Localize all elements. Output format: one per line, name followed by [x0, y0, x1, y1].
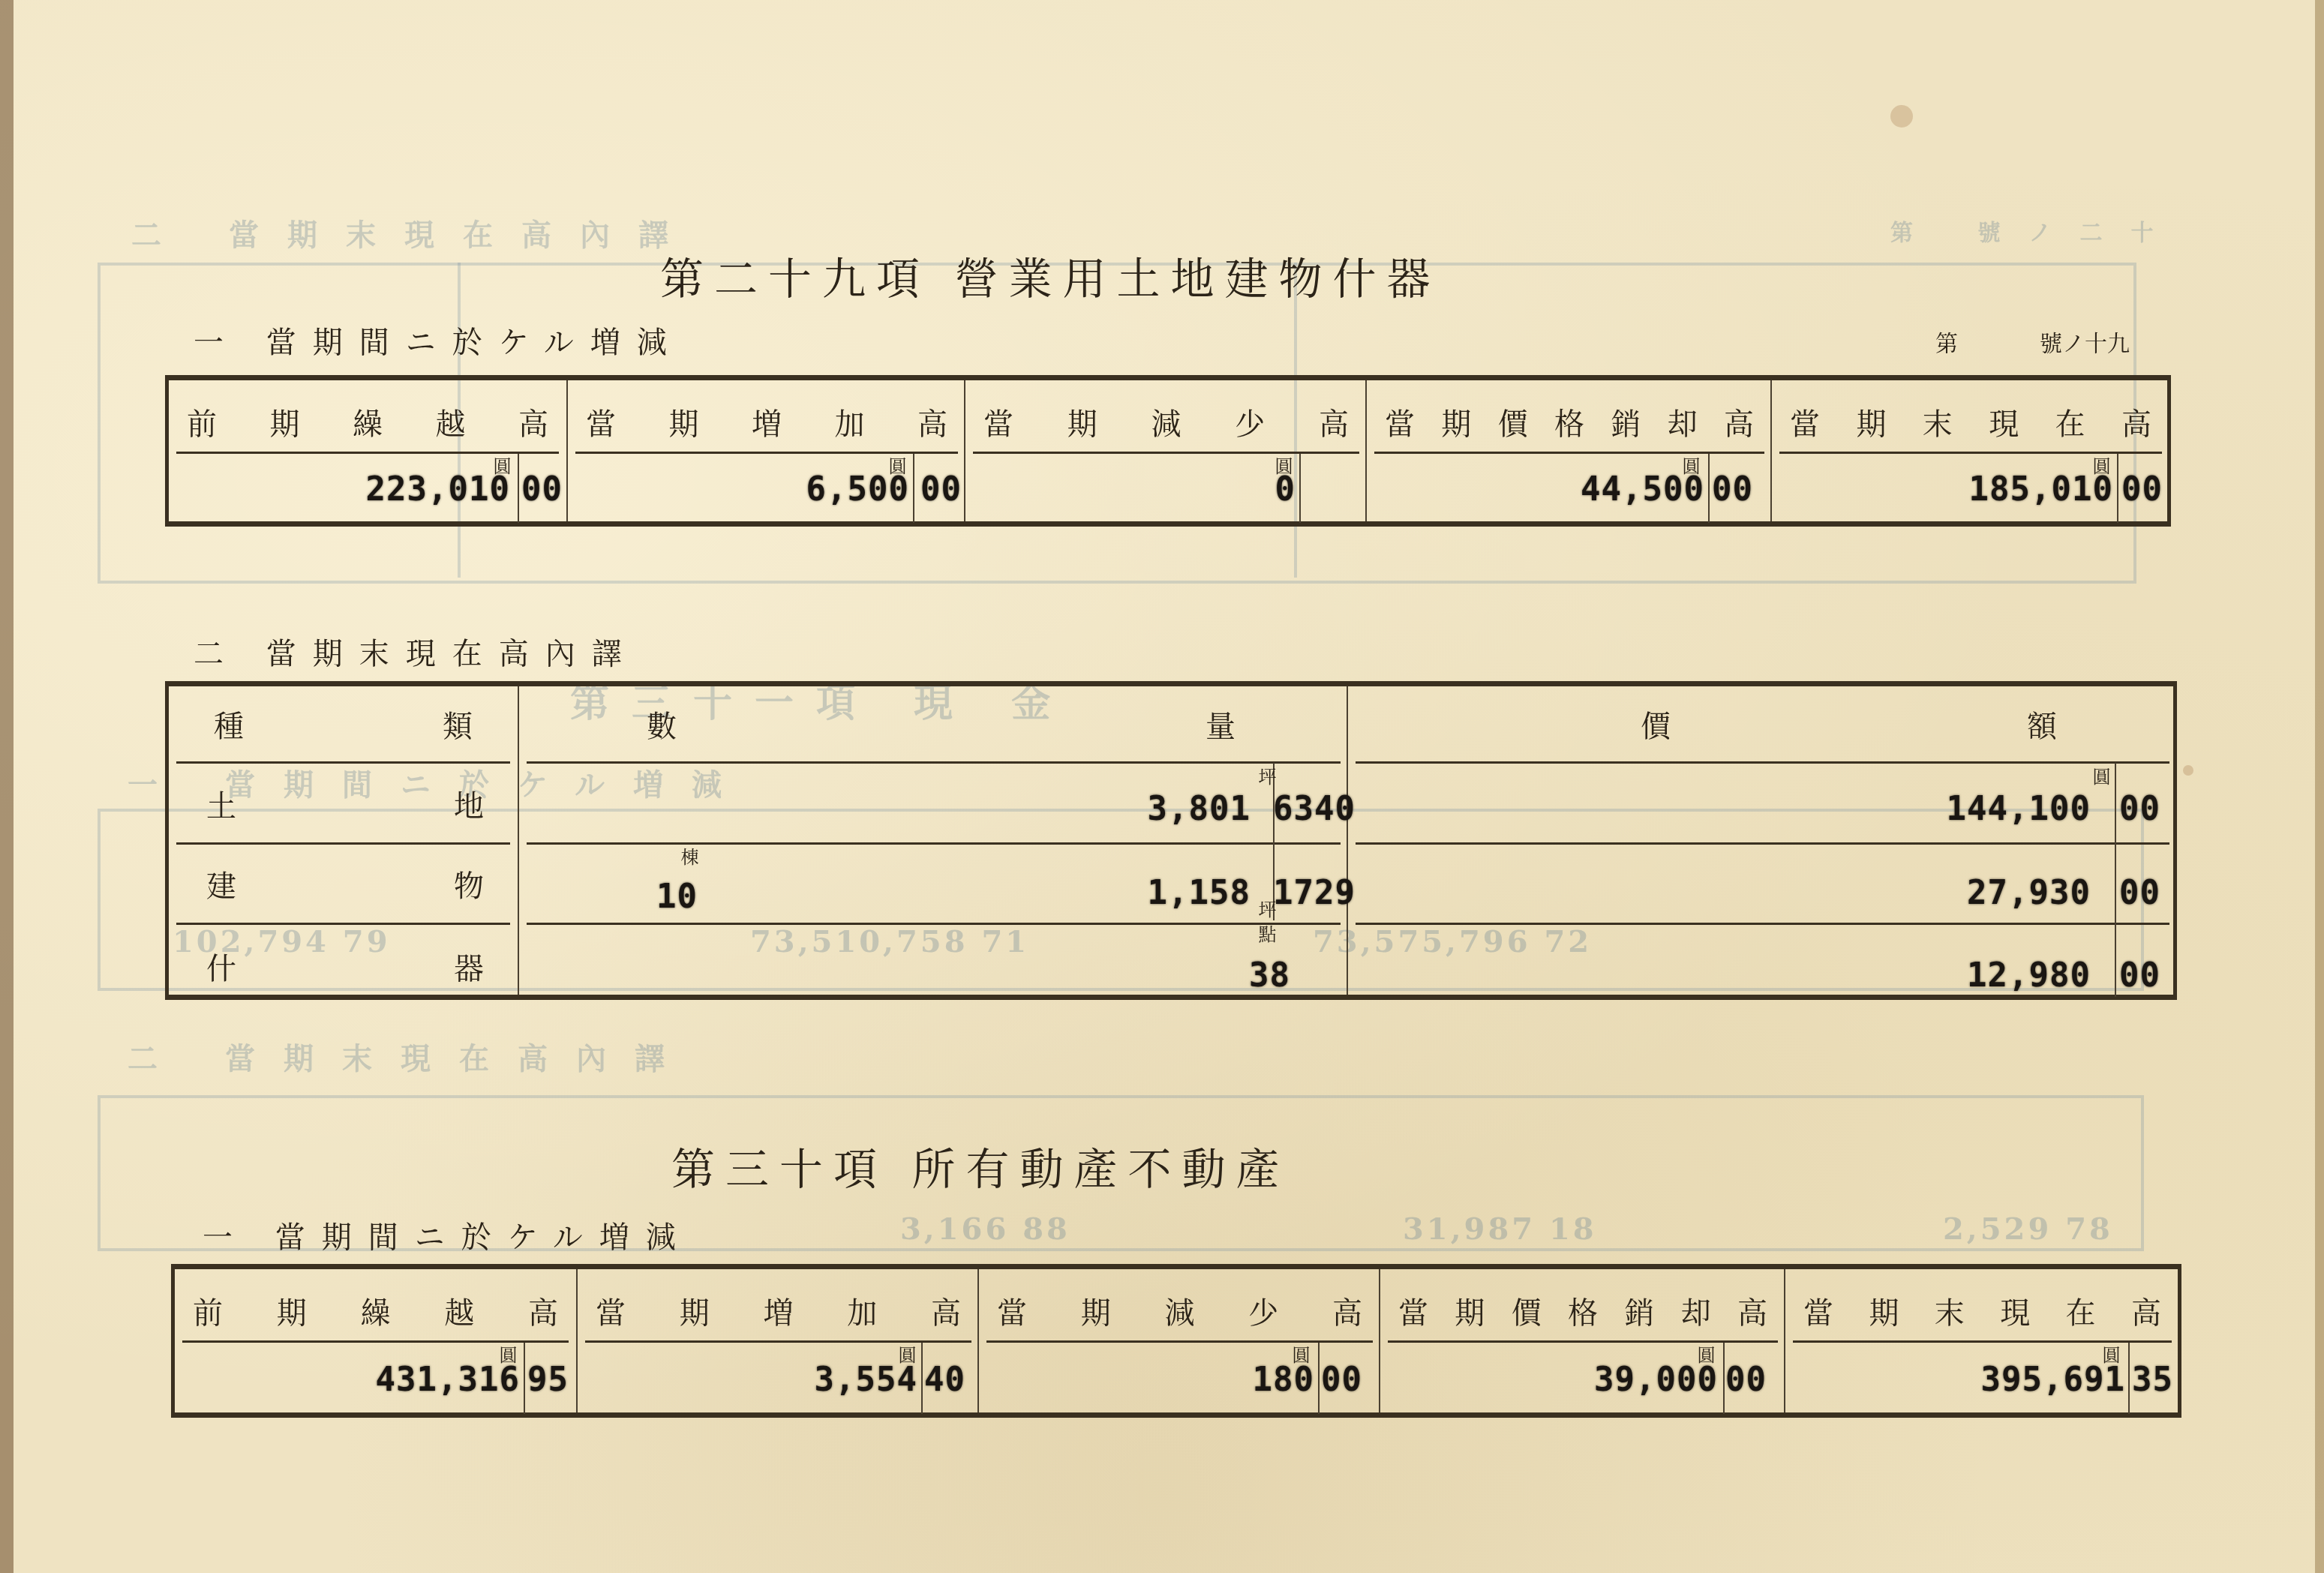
sen-value: 35 [2132, 1361, 2173, 1399]
sen-value: 00 [2119, 790, 2160, 828]
yen-value: 0 [1275, 470, 1296, 509]
page-edge-right [2315, 0, 2324, 1573]
qty-unit: 坪 [1257, 767, 1275, 785]
row-rule [1356, 923, 2169, 925]
header-rule [1779, 452, 2162, 454]
row-rule [1356, 761, 2169, 764]
row-kind-fixtures: 什器 [206, 945, 484, 988]
col-header: 前期繰越高 [175, 1277, 576, 1344]
col-depreciation: 當期價格銷却高 圓 44,500 00 [1365, 380, 1772, 521]
row-rule [176, 842, 510, 845]
col-value: 價額 圓 [1347, 686, 2177, 995]
yen-value: 223,010 [366, 470, 510, 509]
sen-value: 00 [920, 470, 962, 509]
col-header: 當期増加高 [568, 388, 965, 455]
yen-unit: 圓 [2091, 767, 2109, 785]
qty-unit: 點 [1257, 925, 1275, 943]
doc-number: 第 號ノ十九 [1935, 325, 2130, 358]
section-30-title: 第三十項 所有動產不動產 [671, 1134, 1290, 1197]
qty-frac: 1729 [1273, 874, 1356, 912]
ghost-text: 二 當期末現在高內譯 [131, 212, 697, 254]
sen-divider [2117, 454, 2118, 523]
qty-frac: 6340 [1273, 790, 1356, 828]
col-header: 當期末現在高 [1785, 1277, 2179, 1344]
sen-divider [524, 1343, 525, 1414]
section-30-part1-heading: 一 當期間ニ於ケル増減 [203, 1214, 692, 1256]
col-header: 當期減少高 [979, 1277, 1380, 1344]
yen-value: 431,316 [376, 1361, 520, 1399]
sen-divider [2115, 763, 2116, 997]
ghost-text: 3,166 88 [900, 1211, 1070, 1247]
page-edge-left [0, 0, 14, 1573]
header-rule [986, 1340, 1373, 1343]
sen-value: 00 [2119, 874, 2160, 912]
section-29-change-table: 前期繰越高 圓 223,010 00 當期増加高 圓 6,500 00 當期減少… [165, 375, 2171, 527]
section-29-breakdown-table: 種類 數量 價額 圓 土地 坪 3,801 6340 144,100 00 建物… [165, 681, 2177, 1000]
yen-value: 185,010 [1969, 470, 2113, 509]
row-rule [527, 761, 1341, 764]
yen-value: 3,554 [815, 1361, 917, 1399]
paper-stain [1890, 105, 1913, 128]
qty-unit: 坪 [1257, 900, 1275, 918]
row-rule [527, 842, 1341, 845]
sen-value: 00 [1712, 470, 1753, 509]
sen-divider [921, 1343, 923, 1414]
sen-divider [518, 454, 519, 523]
count-value: 10 [656, 878, 698, 916]
col-header-quantity: 數量 [519, 690, 1348, 758]
sen-value: 95 [527, 1361, 569, 1399]
sen-divider [1318, 1343, 1320, 1414]
yen-value: 39,000 [1594, 1361, 1718, 1399]
header-rule [1793, 1340, 2172, 1343]
ghost-text: 第 號ノ二十 [1890, 214, 2181, 247]
qty-int: 38 [1249, 956, 1290, 995]
section-30-change-table: 前期繰越高 圓 431,316 95 當期増加高 圓 3,554 40 當期減少… [171, 1264, 2181, 1418]
yen-value: 44,500 [1581, 470, 1704, 509]
section-29-title: 第二十九項 營業用土地建物什器 [660, 244, 1440, 307]
sen-value: 00 [1725, 1361, 1767, 1399]
sen-value: 40 [924, 1361, 965, 1399]
row-kind-land: 土地 [206, 782, 484, 825]
yen-value: 12,980 [1967, 956, 2091, 995]
ghost-text: 31,987 18 [1403, 1211, 1597, 1247]
paper-stain [2183, 765, 2193, 776]
col-header: 當期末現在高 [1772, 388, 2169, 455]
sen-value: 00 [2121, 470, 2163, 509]
col-increase: 當期増加高 圓 3,554 40 [576, 1269, 979, 1412]
col-depreciation: 當期價格銷却高 圓 39,000 00 [1379, 1269, 1785, 1412]
header-rule [585, 1340, 971, 1343]
sen-value: 00 [1321, 1361, 1362, 1399]
col-header: 當期減少高 [965, 388, 1367, 455]
yen-value: 395,691 [1981, 1361, 2125, 1399]
col-header: 前期繰越高 [169, 388, 566, 455]
row-rule [527, 923, 1341, 925]
header-rule [575, 452, 958, 454]
row-rule [176, 761, 510, 764]
section-29-part2-heading: 二 當期末現在高內譯 [194, 630, 638, 673]
col-increase: 當期増加高 圓 6,500 00 [566, 380, 965, 521]
qty-int: 3,801 [1148, 790, 1251, 828]
col-header: 當期増加高 [578, 1277, 979, 1344]
sen-value: 00 [2119, 956, 2160, 995]
yen-value: 6,500 [806, 470, 909, 509]
ghost-text: 2,529 78 [1943, 1211, 2113, 1247]
col-end-balance: 當期末現在高 圓 185,010 00 [1770, 380, 2169, 521]
row-rule [176, 923, 510, 925]
sen-divider [2128, 1343, 2130, 1414]
col-decrease: 當期減少高 圓 0 [964, 380, 1367, 521]
sen-value: 00 [521, 470, 563, 509]
count-unit: 棟 [679, 848, 697, 866]
col-header-value: 價額 [1348, 690, 2177, 758]
col-end-balance: 當期末現在高 圓 395,691 35 [1784, 1269, 2179, 1412]
col-prev-balance: 前期繰越高 圓 223,010 00 [169, 380, 566, 521]
qty-int: 1,158 [1148, 874, 1251, 912]
header-rule [973, 452, 1359, 454]
yen-value: 180 [1253, 1361, 1314, 1399]
ghost-text: 二 當期末現在高內譯 [128, 1035, 693, 1078]
sen-divider [1723, 1343, 1725, 1414]
yen-value: 144,100 [1947, 790, 2091, 828]
section-29-part1-heading: 一 當期間ニ於ケル増減 [194, 319, 683, 362]
row-kind-building: 建物 [206, 863, 484, 905]
col-header-kind: 種類 [169, 690, 518, 758]
header-rule [1388, 1340, 1778, 1343]
header-rule [182, 1340, 569, 1343]
sen-divider [913, 454, 914, 523]
col-decrease: 當期減少高 圓 180 00 [977, 1269, 1380, 1412]
sen-divider [1299, 454, 1301, 523]
doc-number-prefix: 第 [1935, 331, 1958, 357]
row-rule [1356, 842, 2169, 845]
doc-number-suffix: 號ノ十九 [2040, 331, 2130, 357]
col-quantity: 數量 [518, 686, 1348, 995]
header-rule [176, 452, 559, 454]
header-rule [1374, 452, 1764, 454]
sen-divider [1708, 454, 1710, 523]
yen-value: 27,930 [1967, 874, 2091, 912]
col-prev-balance: 前期繰越高 圓 431,316 95 [175, 1269, 576, 1412]
col-header: 當期價格銷却高 [1367, 388, 1772, 455]
col-header: 當期價格銷却高 [1380, 1277, 1785, 1344]
